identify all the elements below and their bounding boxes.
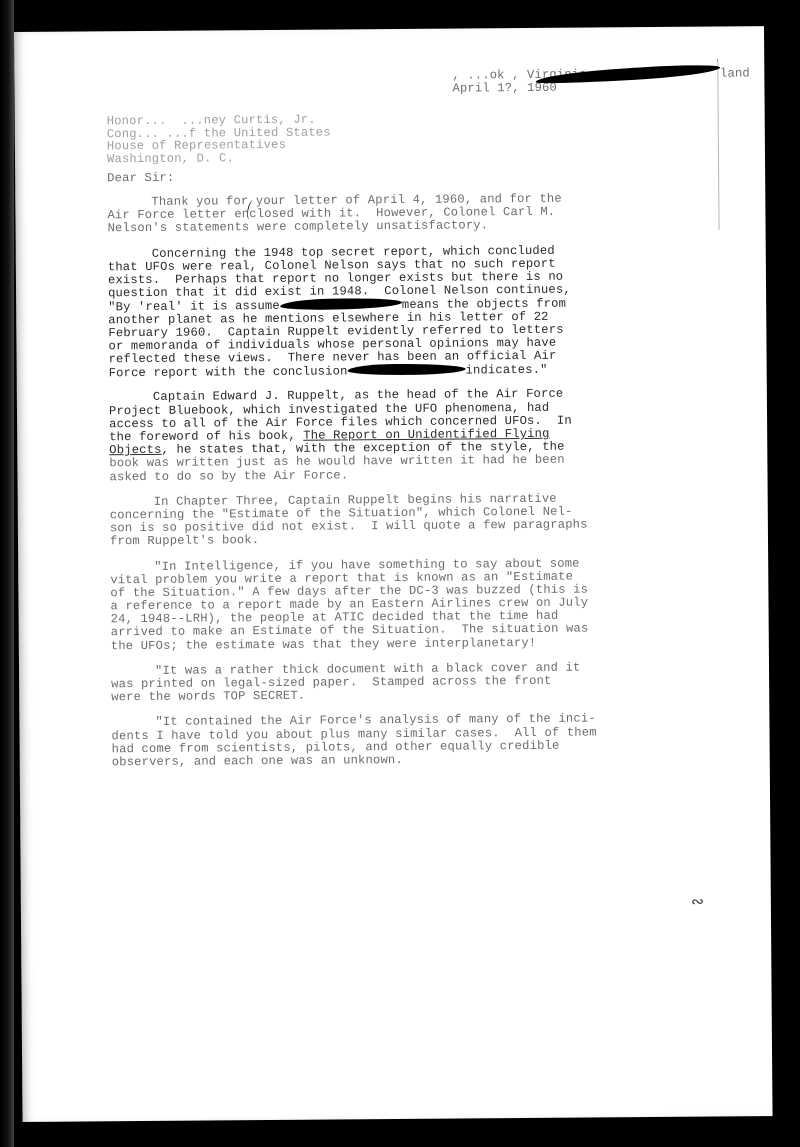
paragraph-5-quote: "In Intelligence, if you have something …: [110, 557, 631, 653]
paragraph-7-quote: "It contained the Air Force's analysis o…: [111, 713, 631, 770]
redaction-bar: [347, 364, 465, 376]
paragraph-3: Captain Edward J. Ruppelt, as the head o…: [109, 388, 630, 484]
scan-left-edge: [0, 0, 14, 1147]
text-line: asked to do so by the Air Force.: [109, 467, 629, 484]
paragraph-1: Thank you for your letter of April 4, 19…: [107, 192, 627, 236]
paragraph-6-quote: "It was a rather thick document with a b…: [111, 661, 631, 705]
text-segment: Force report with the conclusion: [109, 365, 348, 381]
redaction-bar: [280, 297, 402, 311]
text-line: from Ruppelt's book.: [110, 531, 630, 548]
salutation: Dear Sir:: [107, 172, 174, 186]
paragraph-2: Concerning the 1948 top secret report, w…: [108, 244, 629, 380]
sender-address: land , ...ok , Virginia April 1?, 1960: [452, 55, 712, 96]
text-line: were the words TOP SECRET.: [111, 687, 631, 704]
pen-squiggle-mark: ∾: [691, 895, 705, 908]
text-line: Nelson's statements were completely unsa…: [108, 219, 628, 236]
sender-line-1-tail: land: [720, 67, 750, 81]
sender-date: April 1?, 1960: [452, 81, 712, 96]
text-line: the UFOs; the estimate was that they wer…: [111, 636, 631, 653]
recipient-address: Honor... ...ney Curtis, Jr. Cong... ...f…: [107, 113, 437, 166]
text-line: observers, and each one was an unknown.: [112, 752, 632, 769]
book-title: Objects: [109, 443, 161, 457]
letter-document: land , ...ok , Virginia April 1?, 1960 H…: [14, 26, 773, 1122]
letter-paper: land , ...ok , Virginia April 1?, 1960 H…: [14, 26, 773, 1122]
text-segment: indicates.": [465, 363, 547, 378]
letter-body: Thank you for your letter of April 4, 19…: [107, 192, 632, 781]
scanned-page: land , ...ok , Virginia April 1?, 1960 H…: [0, 0, 800, 1147]
text-line-with-redaction: Force report with the conclusionindicate…: [109, 362, 629, 379]
paragraph-4: In Chapter Three, Captain Ruppelt begins…: [110, 492, 630, 549]
recipient-line: Washington, D. C.: [107, 150, 437, 165]
